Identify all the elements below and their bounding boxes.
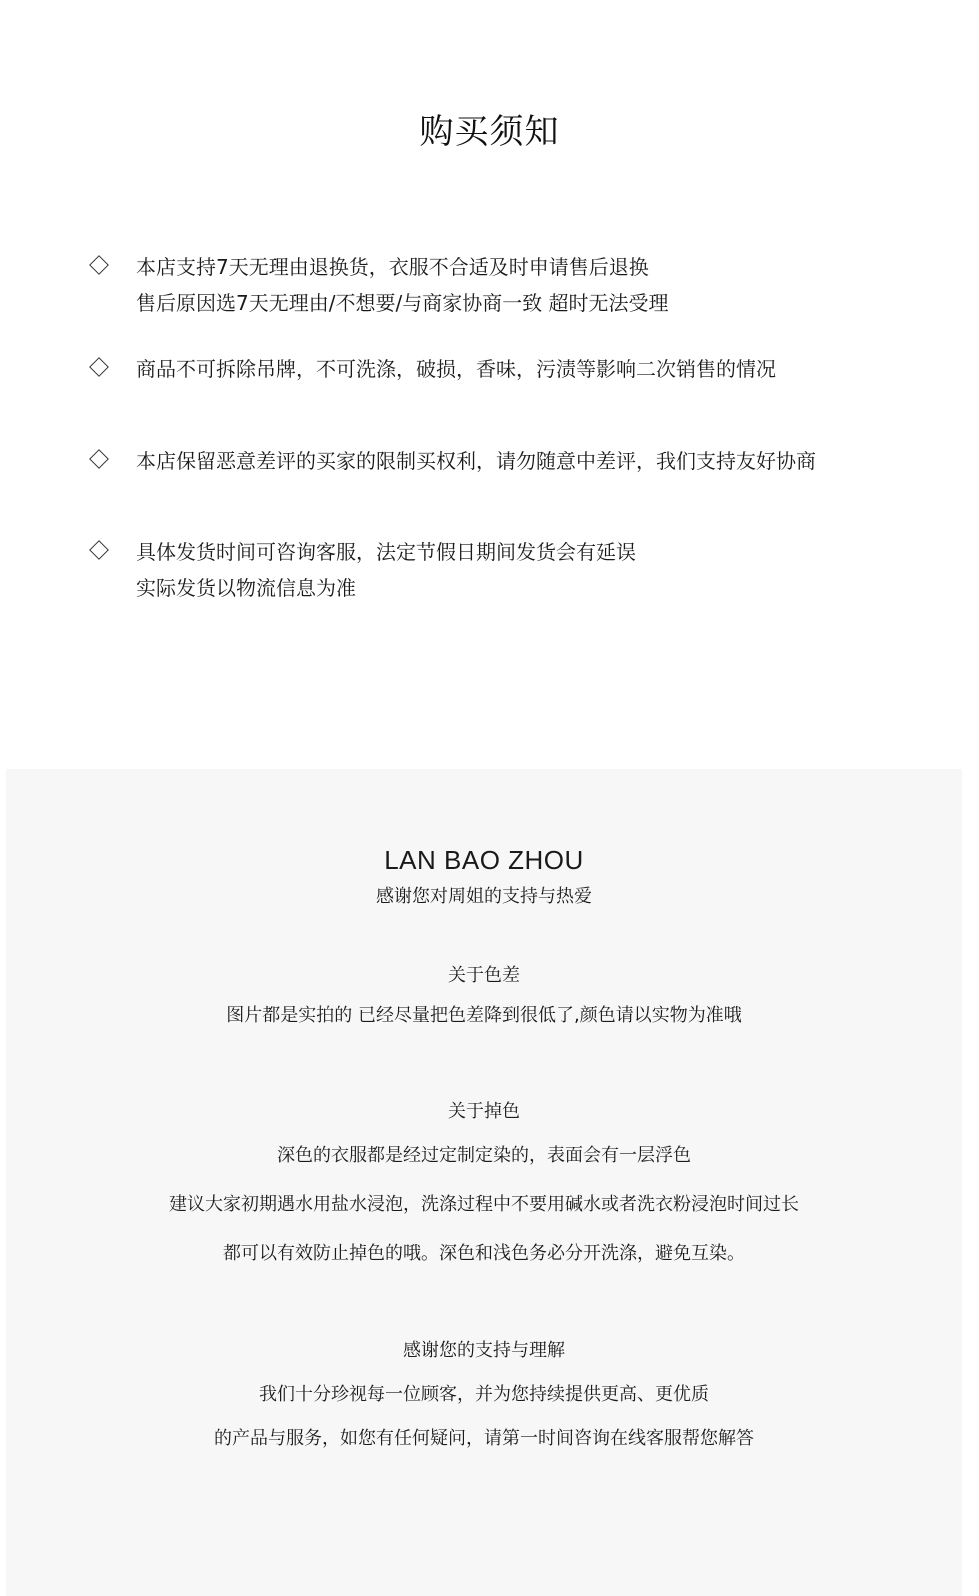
thanks-text-line: 的产品与服务，如您有任何疑问，请第一时间咨询在线客服帮您解答 — [6, 1425, 962, 1453]
fading-text-line: 建议大家初期遇水用盐水浸泡，洗涤过程中不要用碱水或者洗衣粉浸泡时间过长 — [6, 1191, 962, 1219]
diamond-bullet-icon — [89, 540, 109, 560]
fading-text-line: 深色的衣服都是经过定制定染的，表面会有一层浮色 — [6, 1142, 962, 1170]
brand-tagline: 感谢您对周姐的支持与热爱 — [6, 883, 962, 911]
brand-name: LAN BAO ZHOU — [6, 843, 962, 877]
thanks-text-line: 我们十分珍视每一位顾客，并为您持续提供更高、更优质 — [6, 1381, 962, 1409]
color-difference-text: 图片都是实拍的 已经尽量把色差降到很低了,颜色请以实物为准哦 — [6, 1002, 962, 1030]
fading-heading: 关于掉色 — [6, 1098, 962, 1126]
notice-line: 本店支持7天无理由退换货，衣服不合适及时申请售后退换 — [136, 249, 669, 285]
purchase-notice-section: 购买须知 本店支持7天无理由退换货，衣服不合适及时申请售后退换 售后原因选7天无… — [0, 0, 979, 769]
notice-line: 商品不可拆除吊牌，不可洗涤，破损，香味，污渍等影响二次销售的情况 — [136, 351, 776, 387]
thanks-heading: 感谢您的支持与理解 — [6, 1337, 962, 1365]
page-title: 购买须知 — [0, 108, 979, 156]
color-difference-heading: 关于色差 — [6, 962, 962, 990]
diamond-bullet-icon — [89, 449, 109, 469]
fading-text-line: 都可以有效防止掉色的哦。深色和浅色务必分开洗涤，避免互染。 — [6, 1240, 962, 1268]
diamond-bullet-icon — [89, 255, 109, 275]
diamond-bullet-icon — [89, 357, 109, 377]
notice-line: 实际发货以物流信息为准 — [136, 570, 636, 606]
brand-info-panel: LAN BAO ZHOU 感谢您对周姐的支持与热爱 关于色差 图片都是实拍的 已… — [6, 769, 962, 1596]
notice-line: 本店保留恶意差评的买家的限制买权利，请勿随意中差评，我们支持友好协商 — [136, 443, 816, 479]
notice-line: 售后原因选7天无理由/不想要/与商家协商一致 超时无法受理 — [136, 285, 669, 321]
notice-line: 具体发货时间可咨询客服，法定节假日期间发货会有延误 — [136, 534, 636, 570]
